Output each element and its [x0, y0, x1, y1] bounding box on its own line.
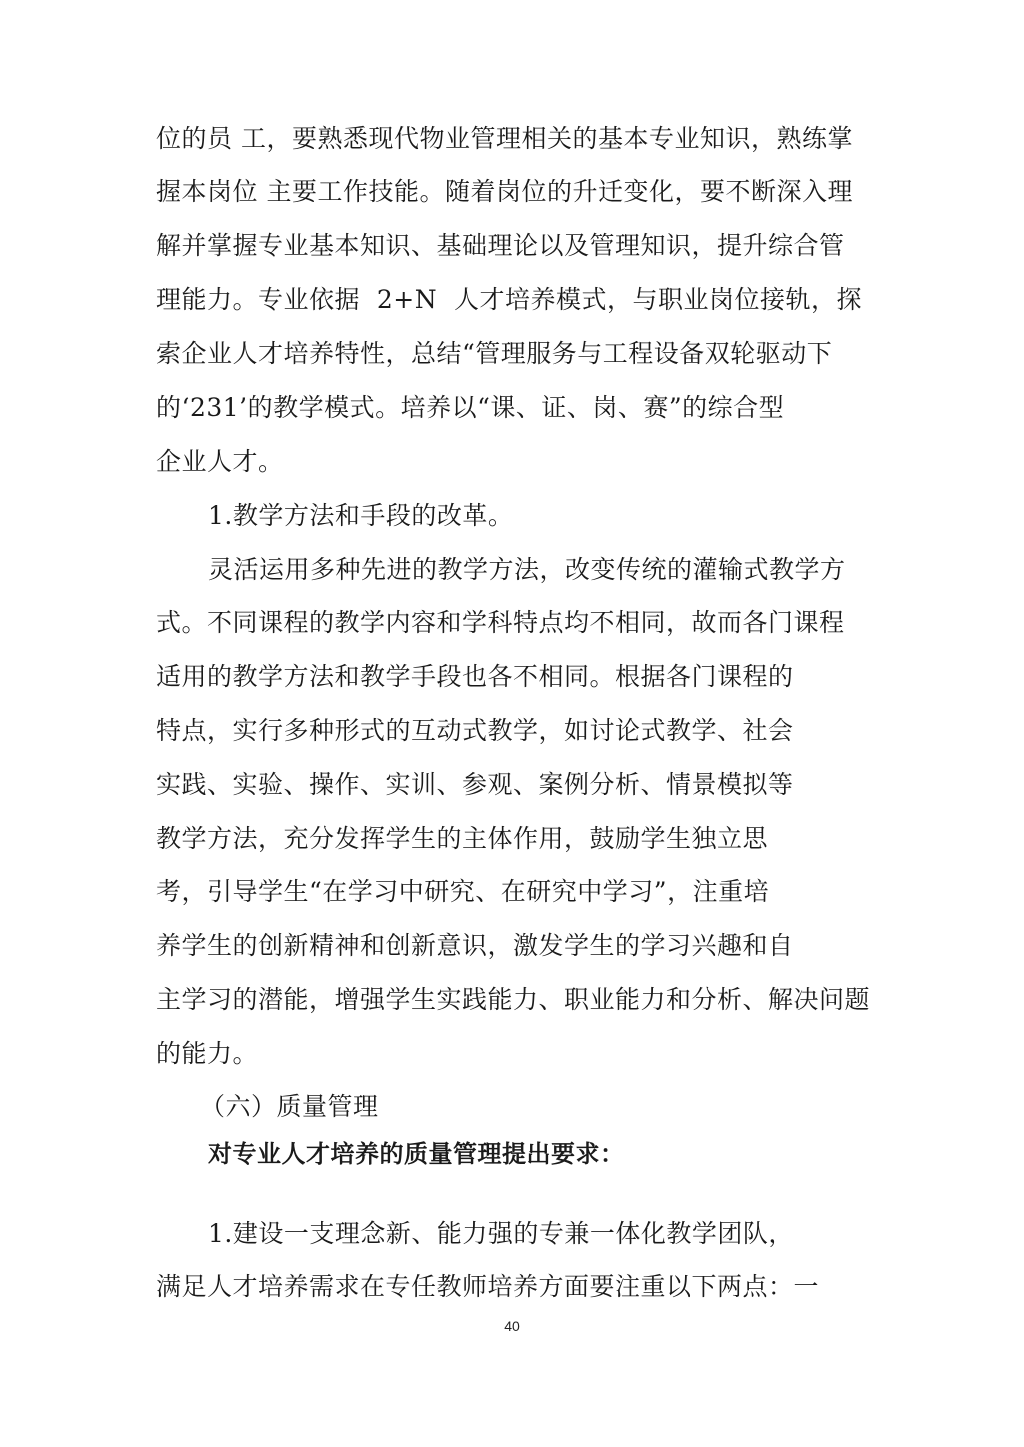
section-heading: （六）质量管理 [200, 1092, 379, 1122]
paragraph-line: 灵活运用多种先进的教学方法，改变传统的灌输式教学方 [208, 555, 846, 585]
paragraph-line: 适用的教学方法和教学手段也各不相同。根据各门课程的 [156, 662, 794, 692]
bold-requirement-heading: 对专业人才培养的质量管理提出要求： [208, 1139, 625, 1169]
paragraph-line: 实践、实验、操作、实训、参观、案例分析、情景模拟等 [156, 770, 794, 800]
paragraph-line: 考，引导学生“在学习中研究、在研究中学习”，注重培 [156, 877, 769, 907]
paragraph-line: 特点，实行多种形式的互动式教学，如讨论式教学、社会 [156, 716, 794, 746]
paragraph-line: 养学生的创新精神和创新意识，激发学生的学习兴趣和自 [156, 931, 794, 961]
paragraph-line: 教学方法，充分发挥学生的主体作用，鼓励学生独立思 [156, 824, 768, 854]
paragraph-line: 1.建设一支理念新、能力强的专兼一体化教学团队， [208, 1219, 794, 1249]
paragraph-line: 满足人才培养需求在专任教师培养方面要注重以下两点：一 [156, 1272, 819, 1302]
subsection-heading: 1.教学方法和手段的改革。 [208, 501, 513, 531]
paragraph-line: 理能力。专业依据 2+N 人才培养模式，与职业岗位接轨，探 [156, 285, 862, 315]
page-number: 40 [0, 1318, 1024, 1334]
paragraph-line: 位的员 工，要熟悉现代物业管理相关的基本专业知识，熟练掌 [156, 124, 853, 154]
paragraph-line: 的‘231’的教学模式。培养以“课、证、岗、赛”的综合型 [156, 393, 784, 423]
paragraph-line: 主学习的潜能，增强学生实践能力、职业能力和分析、解决问题 [156, 985, 870, 1015]
paragraph-line: 式。不同课程的教学内容和学科特点均不相同，故而各门课程 [156, 608, 845, 638]
paragraph-line: 解并掌握专业基本知识、基础理论以及管理知识，提升综合管 [156, 231, 845, 261]
document-page: 位的员 工，要熟悉现代物业管理相关的基本专业知识，熟练掌 握本岗位 主要工作技能… [0, 0, 1024, 1447]
paragraph-line: 握本岗位 主要工作技能。随着岗位的升迁变化，要不断深入理 [156, 177, 853, 207]
paragraph-line: 索企业人才培养特性，总结“管理服务与工程设备双轮驱动下 [156, 339, 832, 369]
paragraph-line: 的能力。 [156, 1039, 258, 1069]
paragraph-line: 企业人才。 [156, 447, 284, 477]
